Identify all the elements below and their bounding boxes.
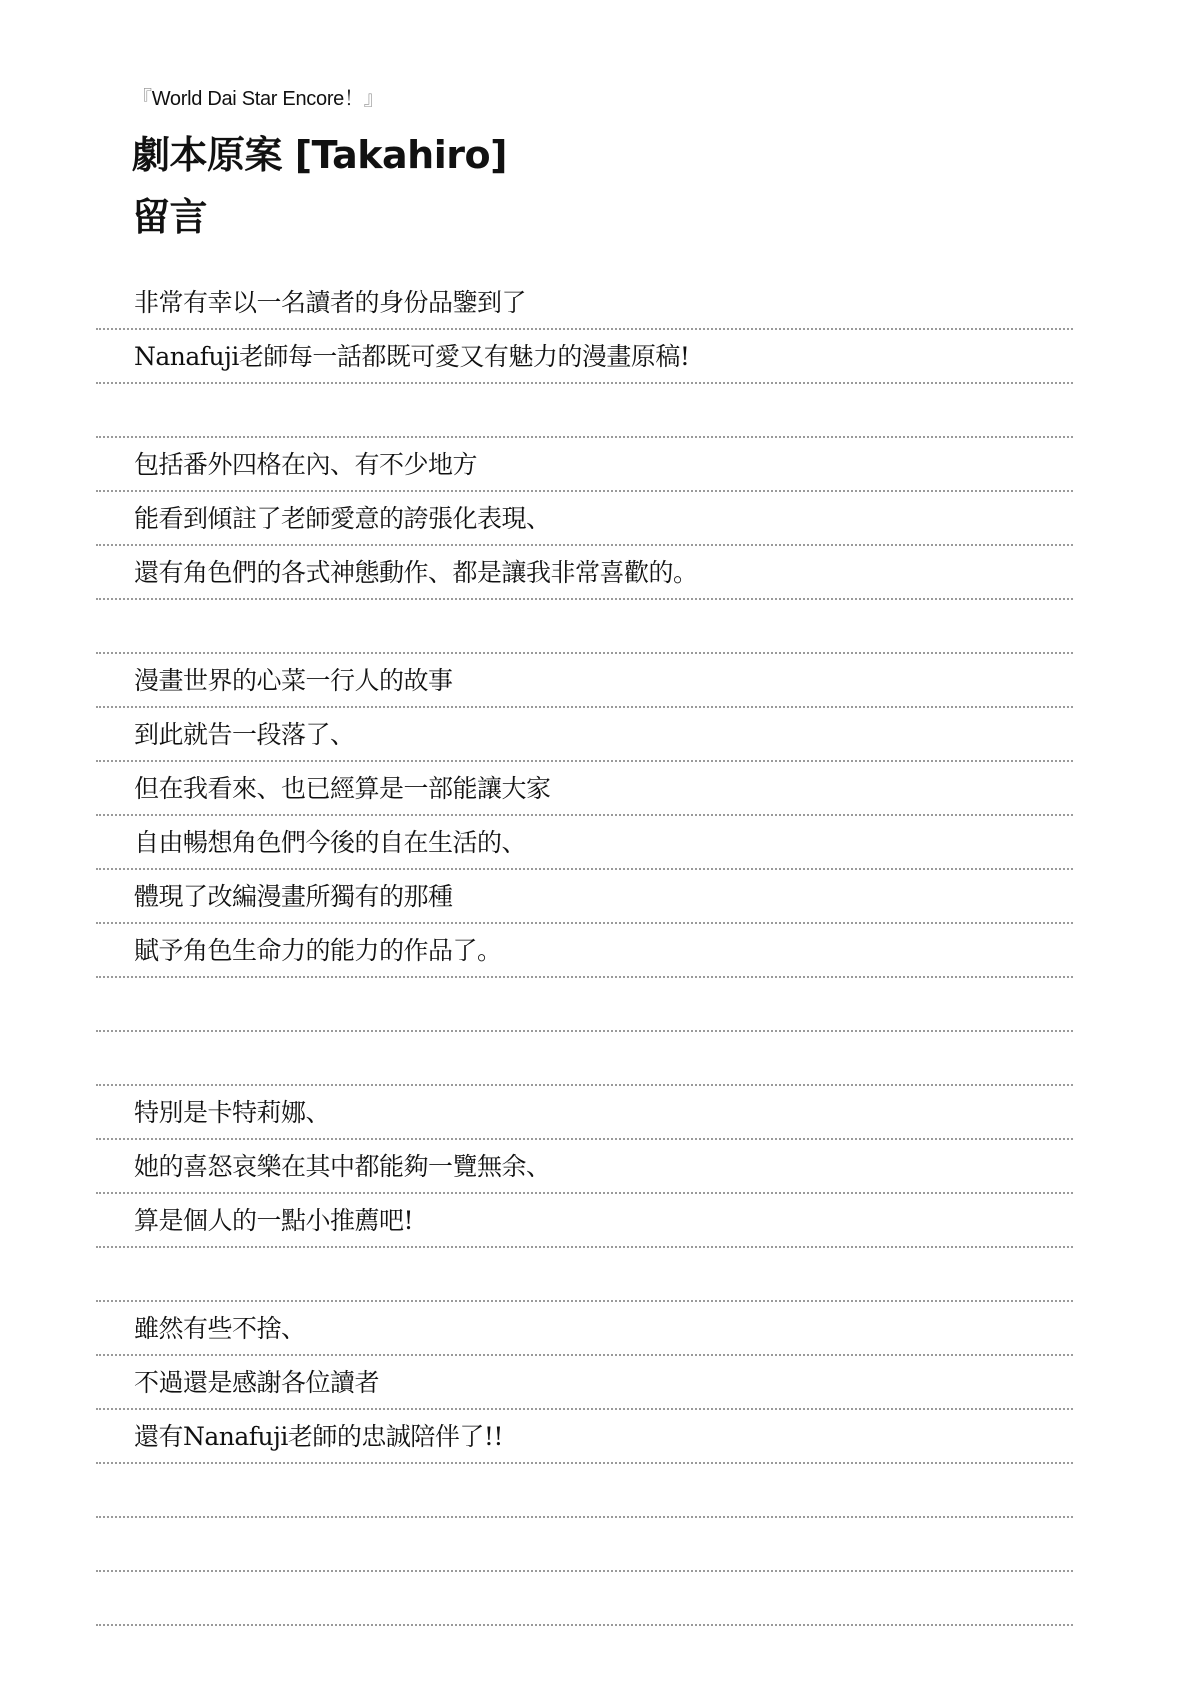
ruled-line: 能看到傾註了老師愛意的誇張化表現、 xyxy=(96,492,1073,546)
ruled-line: 她的喜怒哀樂在其中都能夠一覽無余、 xyxy=(96,1140,1073,1194)
ruled-line: 非常有幸以一名讀者的身份品鑒到了 xyxy=(96,276,1073,330)
series-subtitle: 『World Dai Star Encore！』 xyxy=(132,82,383,111)
line-text: 賦予角色生命力的能力的作品了。 xyxy=(134,935,502,967)
line-text: 不過還是感謝各位讀者 xyxy=(134,1367,379,1399)
ruled-line xyxy=(96,1518,1073,1572)
close-bracket: 』 xyxy=(364,88,384,110)
section-heading: 留言 xyxy=(132,193,207,241)
series-name: World Dai Star Encore！ xyxy=(152,88,364,110)
ruled-line: 體現了改編漫畫所獨有的那種 xyxy=(96,870,1073,924)
ruled-line xyxy=(96,1032,1073,1086)
line-text: 能看到傾註了老師愛意的誇張化表現、 xyxy=(134,503,551,535)
ruled-line: 但在我看來、也已經算是一部能讓大家 xyxy=(96,762,1073,816)
page-title: 劇本原案 [Takahiro] xyxy=(132,131,507,179)
ruled-line xyxy=(96,1248,1073,1302)
ruled-line: 漫畫世界的心菜一行人的故事 xyxy=(96,654,1073,708)
ruled-line xyxy=(96,1572,1073,1626)
line-text: 體現了改編漫畫所獨有的那種 xyxy=(134,881,453,913)
line-text: 雖然有些不捨、 xyxy=(134,1313,306,1345)
message-lines: 非常有幸以一名讀者的身份品鑒到了 Nanafuji老師每一話都既可愛又有魅力的漫… xyxy=(96,276,1073,1626)
ruled-line: 自由暢想角色們今後的自在生活的、 xyxy=(96,816,1073,870)
line-text: 到此就告一段落了、 xyxy=(134,719,355,751)
ruled-line: 還有Nanafuji老師的忠誠陪伴了!! xyxy=(96,1410,1073,1464)
ruled-line: 包括番外四格在內、有不少地方 xyxy=(96,438,1073,492)
ruled-line: 賦予角色生命力的能力的作品了。 xyxy=(96,924,1073,978)
ruled-line xyxy=(96,1464,1073,1518)
line-text: 還有角色們的各式神態動作、都是讓我非常喜歡的。 xyxy=(134,557,698,589)
line-text: 漫畫世界的心菜一行人的故事 xyxy=(134,665,453,697)
line-text: 包括番外四格在內、有不少地方 xyxy=(134,449,477,481)
ruled-line: 到此就告一段落了、 xyxy=(96,708,1073,762)
ruled-line: 不過還是感謝各位讀者 xyxy=(96,1356,1073,1410)
ruled-line xyxy=(96,600,1073,654)
open-bracket: 『 xyxy=(132,88,152,110)
line-text: 但在我看來、也已經算是一部能讓大家 xyxy=(134,773,551,805)
ruled-line: 雖然有些不捨、 xyxy=(96,1302,1073,1356)
line-text: 算是個人的一點小推薦吧! xyxy=(134,1205,413,1237)
ruled-line xyxy=(96,384,1073,438)
line-text: 特別是卡特莉娜、 xyxy=(134,1097,330,1129)
line-text: 還有Nanafuji老師的忠誠陪伴了!! xyxy=(134,1421,503,1453)
ruled-line: Nanafuji老師每一話都既可愛又有魅力的漫畫原稿! xyxy=(96,330,1073,384)
ruled-line: 算是個人的一點小推薦吧! xyxy=(96,1194,1073,1248)
ruled-line xyxy=(96,978,1073,1032)
line-text: 非常有幸以一名讀者的身份品鑒到了 xyxy=(134,287,526,319)
line-text: Nanafuji老師每一話都既可愛又有魅力的漫畫原稿! xyxy=(134,341,689,373)
ruled-line: 特別是卡特莉娜、 xyxy=(96,1086,1073,1140)
line-text: 自由暢想角色們今後的自在生活的、 xyxy=(134,827,526,859)
line-text: 她的喜怒哀樂在其中都能夠一覽無余、 xyxy=(134,1151,551,1183)
ruled-line: 還有角色們的各式神態動作、都是讓我非常喜歡的。 xyxy=(96,546,1073,600)
